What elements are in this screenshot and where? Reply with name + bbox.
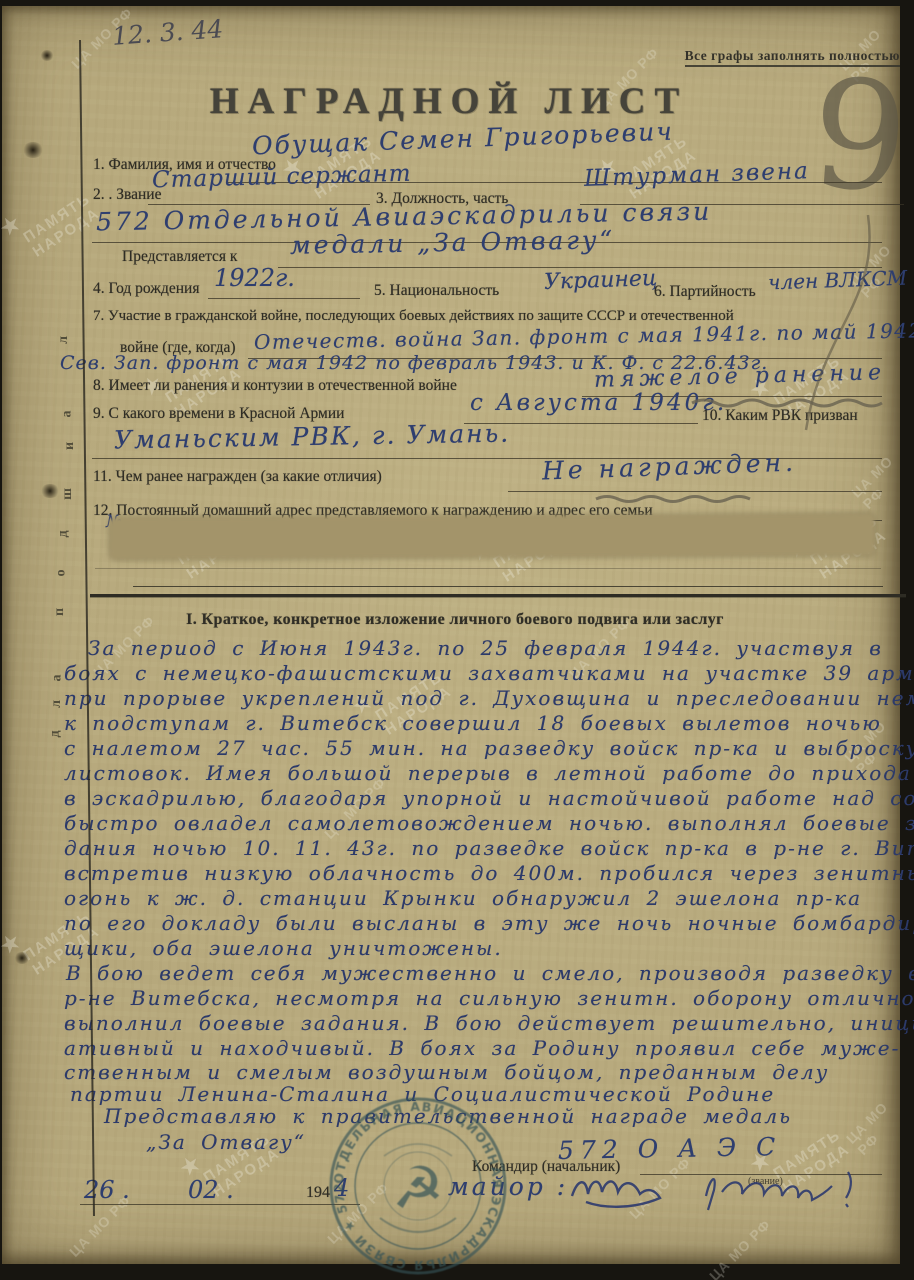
separator-rule xyxy=(90,594,906,597)
field-9-label: 9. С какого времени в Красной Армии xyxy=(93,405,344,423)
margin-stamp-letter: о xyxy=(54,570,70,577)
separator-line xyxy=(133,585,883,587)
margin-stamp-letter: л xyxy=(56,336,72,344)
feat-line: к подступам г. Витебск совершил 18 боевы… xyxy=(64,711,882,735)
blank-line xyxy=(95,566,881,569)
paper-hole xyxy=(40,50,54,61)
hammer-sickle-emblem-icon: ☭ xyxy=(392,1154,444,1222)
margin-stamp-letter: л xyxy=(49,700,65,708)
margin-stamp-letter: а xyxy=(60,411,76,418)
field-6-value: член ВЛКСМ xyxy=(768,266,908,295)
date-day: 26 . xyxy=(84,1176,130,1204)
feat-line: боях с немецко-фашистскими захватчиками … xyxy=(64,661,914,685)
scanned-award-document: { "watermark": { "pn1": "ПАМЯТЬ", "pn2":… xyxy=(0,0,914,1280)
feat-line: листовок. Имея большой перерыв в летной … xyxy=(64,761,912,785)
field-6-label: 6. Партийность xyxy=(654,283,756,301)
feat-line: ативный и находчивый. В боях за Родину п… xyxy=(64,1036,900,1060)
paper-hole xyxy=(14,952,30,964)
field-11-label: 11. Чем ранее награжден (за какие отличи… xyxy=(93,468,382,486)
field-5-label: 5. Национальность xyxy=(374,282,499,300)
paper-hole xyxy=(22,142,44,158)
feat-line: щики, оба эшелона уничтожены. xyxy=(64,936,503,960)
presented-for-value: медали „За Отвагу“ xyxy=(290,225,616,260)
feat-line: быстро овладел самолетовождением ночью. … xyxy=(64,811,914,835)
blank-line xyxy=(278,265,882,268)
pencil-page-mark: 9 xyxy=(807,59,913,215)
feat-line: выполнил боевые задания. В бою действует… xyxy=(64,1011,914,1035)
margin-stamp-letter: д xyxy=(56,530,72,537)
feat-line: р-не Витебска, несмотря на сильную зенит… xyxy=(64,986,914,1010)
field-4-value: 1922г. xyxy=(214,264,295,292)
blank-line xyxy=(508,489,882,492)
round-unit-stamp: ОТДЕЛЬНАЯ АВИАЦИОННАЯ ЭСКАДРИЛЬЯ СВЯЗИ ★… xyxy=(318,1086,518,1280)
field-8-label: 8. Имеет ли ранения и контузии в отечест… xyxy=(93,377,457,395)
feat-line: ственным и смелым воздушным бойцом, пред… xyxy=(64,1060,829,1084)
field-10-label: 10. Каким РВК призван xyxy=(702,407,858,425)
margin-stamp-letter: д xyxy=(48,730,64,737)
rank-caption: (звание) xyxy=(748,1176,783,1187)
feat-line: по его докладу были высланы в эту же ноч… xyxy=(64,911,914,935)
field-9-value: с Августа 1940г. xyxy=(470,390,727,416)
date-month: 02 . xyxy=(188,1176,234,1204)
feat-line: в эскадрилью, благодаря упорной и настой… xyxy=(64,786,914,810)
feat-line: с налетом 27 час. 55 мин. на разведку во… xyxy=(64,736,914,760)
margin-stamp-letter: ш xyxy=(60,488,76,500)
document-title: НАГРАДНОЙ ЛИСТ xyxy=(0,80,898,123)
signature-line xyxy=(640,1172,882,1175)
feat-line: дания ночью 10. 11. 43г. по разведке вой… xyxy=(64,836,914,860)
feat-line: В бою ведет себя мужественно и смело, пр… xyxy=(66,961,914,985)
margin-stamp-letter: и xyxy=(62,442,78,450)
feat-line: „За Отвагу“ xyxy=(146,1130,306,1154)
feat-line: За период с Июня 1943г. по 25 февраля 19… xyxy=(88,636,883,660)
feat-line: огонь к ж. д. станции Крынки обнаружил 2… xyxy=(64,886,862,910)
feat-section-heading: I. Краткое, конкретное изложение личного… xyxy=(50,611,860,629)
blank-line xyxy=(208,296,360,299)
redaction-box xyxy=(110,514,874,559)
paper-hole xyxy=(40,484,60,498)
field-5-value: Украинец xyxy=(544,266,658,295)
feat-line: при прорыве укреплений под г. Духовщина … xyxy=(64,686,914,710)
feat-line: встретив низкую облачность до 400м. проб… xyxy=(64,861,914,885)
field-4-label: 4. Год рождения xyxy=(93,280,199,298)
